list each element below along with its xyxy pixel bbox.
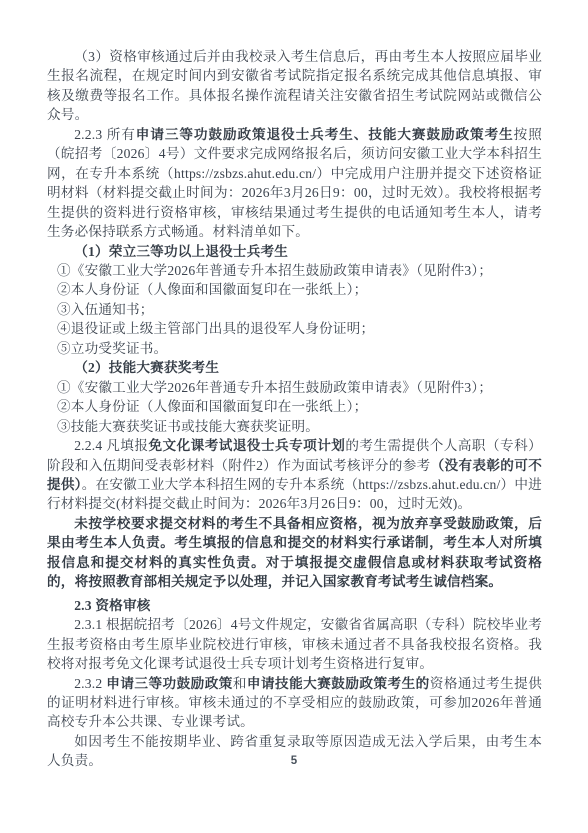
text-run: ④退役证或上级主管部门出具的退役军人身份证明； <box>57 321 374 336</box>
text-run: ①《安徽工业大学2026年普通专升本招生鼓励政策申请表》（见附件3）； <box>57 380 492 395</box>
emphasis-text: （1）荣立三等功以上退役士兵考生 <box>74 244 288 259</box>
paragraph: 2.2.3 所有申请三等功鼓励政策退役士兵考生、技能大赛鼓励政策考生按照（皖招考… <box>47 125 542 242</box>
paragraph: ②本人身份证（人像面和国徽面复印在一张纸上）； <box>47 280 542 299</box>
section-heading: 2.3 资格审核 <box>47 596 542 615</box>
emphasis-text: （2）技能大赛获奖考生 <box>74 360 219 375</box>
text-run: ②本人身份证（人像面和国徽面复印在一张纸上）； <box>57 282 367 297</box>
paragraph: 2.3.2 申请三等功鼓励政策和申请技能大赛鼓励政策考生的资格通过考生提供的证明… <box>47 674 542 732</box>
paragraph: ③入伍通知书； <box>47 300 542 319</box>
paragraph: （1）荣立三等功以上退役士兵考生 <box>47 242 542 261</box>
text-run: 按照（皖招考〔2026〕4号）文件要求完成网络报名后，须访问安徽工业大学本科招生… <box>47 127 542 239</box>
page-number: 5 <box>0 755 588 767</box>
text-run: 和 <box>233 676 247 691</box>
document-page: （3）资格审核通过后并由我校录入考生信息后，再由考生本人按照应届毕业生报名流程，… <box>0 0 588 833</box>
text-run: 2.3.2 <box>74 676 106 691</box>
paragraph: ①《安徽工业大学2026年普通专升本招生鼓励政策申请表》（见附件3）； <box>47 378 542 397</box>
paragraph: 未按学校要求提交材料的考生不具备相应资格，视为放弃享受鼓励政策，后果由考生本人负… <box>47 514 542 592</box>
emphasis-text: 未按学校要求提交材料的考生不具备相应资格，视为放弃享受鼓励政策，后果由考生本人负… <box>47 516 542 589</box>
text-run: ①《安徽工业大学2026年普通专升本招生鼓励政策申请表》（见附件3）； <box>57 263 492 278</box>
emphasis-text: 申请三等功鼓励政策 <box>106 676 233 691</box>
paragraph: ③技能大赛获奖证书或技能大赛获奖证明。 <box>47 417 542 436</box>
paragraph: ②本人身份证（人像面和国徽面复印在一张纸上）； <box>47 397 542 416</box>
paragraph: ④退役证或上级主管部门出具的退役军人身份证明； <box>47 319 542 338</box>
text-run: 2.3.1 根据皖招考〔2026〕4号文件规定，安徽省省属高职（专科）院校毕业考… <box>47 617 542 671</box>
paragraph: 2.2.4 凡填报免文化课考试退役士兵专项计划的考生需提供个人高职（专科）阶段和… <box>47 436 542 514</box>
document-body: （3）资格审核通过后并由我校录入考生信息后，再由考生本人按照应届毕业生报名流程，… <box>47 47 542 771</box>
emphasis-text: 2.3 资格审核 <box>74 598 150 613</box>
emphasis-text: 申请三等功鼓励政策退役士兵考生、技能大赛鼓励政策考生 <box>136 127 514 142</box>
paragraph: ⑤立功受奖证书。 <box>47 339 542 358</box>
text-run: 2.2.4 凡填报 <box>74 438 148 453</box>
text-run: ②本人身份证（人像面和国徽面复印在一张纸上）； <box>57 399 367 414</box>
text-run: 。在安徽工业大学本科招生网的专升本系统（https://zsbzs.ahut.e… <box>47 477 542 511</box>
paragraph: （3）资格审核通过后并由我校录入考生信息后，再由考生本人按照应届毕业生报名流程，… <box>47 47 542 125</box>
paragraph: 2.3.1 根据皖招考〔2026〕4号文件规定，安徽省省属高职（专科）院校毕业考… <box>47 615 542 673</box>
text-run: 2.2.3 所有 <box>74 127 136 142</box>
text-run: ③入伍通知书； <box>57 302 154 317</box>
emphasis-text: 免文化课考试退役士兵专项计划 <box>148 438 345 453</box>
paragraph: （2）技能大赛获奖考生 <box>47 358 542 377</box>
text-run: ③技能大赛获奖证书或技能大赛获奖证明。 <box>57 419 319 434</box>
paragraph: ①《安徽工业大学2026年普通专升本招生鼓励政策申请表》（见附件3）； <box>47 261 542 280</box>
emphasis-text: 申请技能大赛鼓励政策考生的 <box>247 676 430 691</box>
text-run: （3）资格审核通过后并由我校录入考生信息后，再由考生本人按照应届毕业生报名流程，… <box>47 49 542 122</box>
text-run: ⑤立功受奖证书。 <box>57 341 167 356</box>
